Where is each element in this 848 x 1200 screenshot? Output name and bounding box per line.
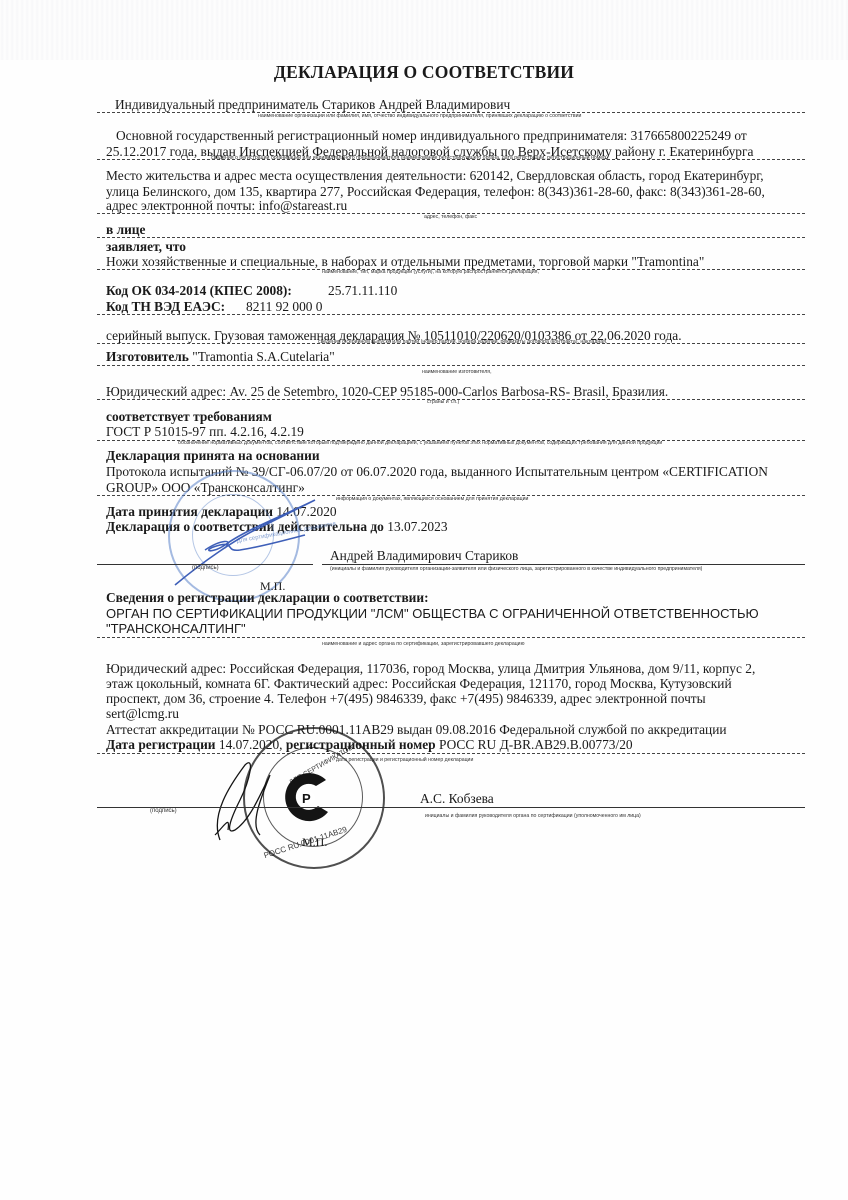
applicant-signature [165, 490, 325, 590]
tnved-label: Код ТН ВЭД ЕАЭС: [106, 299, 225, 315]
registration-number-value: РОСС RU Д-BR.АВ29.В.00773/20 [439, 737, 633, 752]
requirements-standard: ГОСТ Р 51015-97 пп. 4.2.16, 4.2.19 [106, 424, 304, 440]
applicant-signer-name: Андрей Владимирович Стариков [330, 548, 518, 564]
body-seal-label: М.П. [302, 834, 327, 850]
manufacturer-address: Юридический адрес: Av. 25 de Setembro, 1… [106, 384, 668, 400]
manufacturer-label: Изготовитель [106, 349, 189, 364]
requirements-label: соответствует требованиям [106, 409, 272, 425]
requirements-caption: обозначение нормативных документов, соот… [178, 440, 662, 446]
registration-date-label: Дата регистрации [106, 737, 216, 752]
body-address-line-3: проспект, дом 36, строение 4. Телефон +7… [106, 691, 706, 707]
certification-body-signature [200, 755, 320, 845]
in-person-label: в лице [106, 222, 145, 238]
okpd-label: Код ОК 034-2014 (КПЕС 2008): [106, 283, 292, 299]
manufacturer-name: "Tramontia S.A.Cutelaria" [192, 349, 334, 364]
applicant-signature-caption: (подпись) [192, 565, 219, 571]
divider [97, 637, 805, 638]
registration-line-1: Основной государственный регистрационный… [116, 128, 747, 144]
address-caption: адрес, телефон, факс [424, 214, 477, 220]
manufacturer-address-caption: страны и т.п.) [427, 399, 459, 405]
address-line-1: Место жительства и адрес места осуществл… [106, 168, 764, 184]
divider [97, 237, 805, 238]
product-name: Ножи хозяйственные и специальные, в набо… [106, 254, 704, 270]
batch-caption: сведения о серийном выпуске или партии (… [318, 339, 607, 345]
address-line-3: адрес электронной почты: info@stareast.r… [106, 198, 347, 214]
declares-label: заявляет, что [106, 239, 186, 255]
certification-body-line-1: ОРГАН ПО СЕРТИФИКАЦИИ ПРОДУКЦИИ "ЛСМ" ОБ… [106, 606, 759, 622]
tnved-value: 8211 92 000 0 [246, 299, 323, 315]
product-caption: наименование, тип, марка продукции (услу… [322, 269, 539, 275]
divider [97, 753, 805, 754]
accreditation-info: Аттестат аккредитации № РОСС RU.0001.11А… [106, 722, 727, 738]
page-title: ДЕКЛАРАЦИЯ О СООТВЕТСТВИИ [0, 62, 848, 83]
okpd-value: 25.71.11.110 [328, 283, 397, 299]
registration-caption: сведения о регистрации организации или и… [211, 155, 608, 161]
valid-until-value: 13.07.2023 [387, 519, 447, 534]
applicant-caption: наименование организации или фамилия, им… [258, 113, 581, 119]
body-signature-caption: (подпись) [150, 808, 177, 814]
applicant-name: Индивидуальный предприниматель Стариков … [115, 97, 510, 113]
body-signature-line [97, 807, 805, 808]
manufacturer-row: Изготовитель "Tramontia S.A.Cutelaria" [106, 349, 335, 365]
body-address-line-1: Юридический адрес: Российская Федерация,… [106, 661, 755, 677]
body-email: sert@lcmg.ru [106, 706, 179, 722]
body-address-line-2: этаж цокольный, комната 6Г. Фактический … [106, 676, 732, 692]
registration-date-row: Дата регистрации 14.07.2020, регистрацио… [106, 737, 633, 753]
basis-label: Декларация принята на основании [106, 448, 320, 464]
divider [97, 365, 805, 366]
manufacturer-caption: наименование изготовителя, [422, 369, 492, 375]
body-signer-caption: инициалы и фамилия руководителя органа п… [425, 813, 641, 819]
body-signer-name: А.С. Кобзева [420, 791, 494, 807]
applicant-signer-caption: (инициалы и фамилия руководителя организ… [330, 566, 702, 572]
declaration-page: ДЕКЛАРАЦИЯ О СООТВЕТСТВИИ Индивидуальный… [0, 0, 848, 1200]
divider [97, 314, 805, 315]
applicant-signer-line [322, 564, 805, 565]
certification-body-line-2: "ТРАНСКОНСАЛТИНГ" [106, 621, 246, 637]
certification-body-caption: наименование и адрес органа по сертифика… [322, 641, 524, 647]
basis-caption: информация о документах, являющихся осно… [336, 496, 528, 502]
registration-info-label: Сведения о регистрации декларации о соот… [106, 590, 429, 606]
